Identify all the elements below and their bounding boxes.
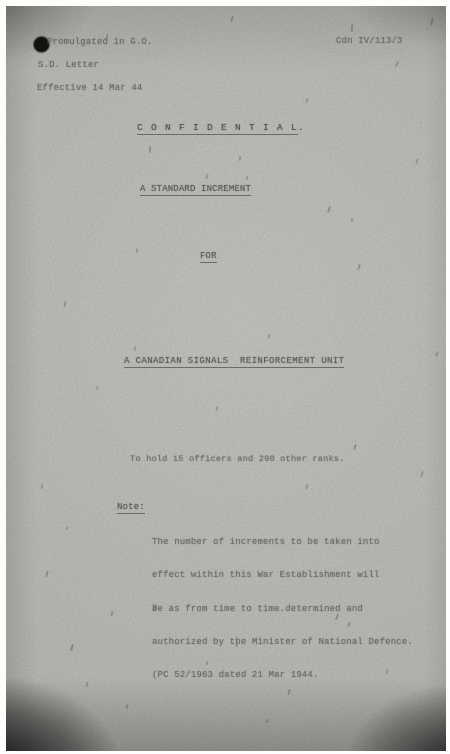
note-line: authorized by the Minister of National D… — [152, 637, 413, 648]
note-label: Note: — [117, 502, 145, 513]
establishment-reference: Cdn IV/113/3 — [336, 36, 403, 47]
note-line: (PC 52/1963 dated 21 Mar 1944. — [152, 670, 413, 681]
note-body: The number of increments to be taken int… — [152, 515, 413, 703]
classification-heading: C O N F I D E N T I A L. — [137, 122, 305, 133]
effective-date-line: Effective 14 Mar 44 — [37, 83, 142, 94]
sd-letter-line: S.D. Letter — [38, 60, 99, 71]
note-line: effect within this War Establishment wil… — [152, 570, 413, 581]
classification-text: C O N F I D E N T I A L — [137, 122, 298, 135]
for-label: FOR — [200, 251, 217, 262]
paper-scan: Promulgated in G.O. S.D. Letter Effectiv… — [6, 6, 446, 751]
document-title: A STANDARD INCREMENT — [140, 184, 251, 195]
note-line: The number of increments to be taken int… — [152, 537, 413, 548]
note-line: be as from time to time.determined and — [152, 604, 413, 615]
strength-line: To hold 15 officers and 290 other ranks. — [130, 454, 345, 465]
classification-period: . — [298, 122, 305, 133]
document-subtitle: A CANADIAN SIGNALS REINFORCEMENT UNIT — [124, 356, 344, 367]
promulgated-line: Promulgated in G.O. — [47, 37, 152, 48]
scanned-document-page: Promulgated in G.O. S.D. Letter Effectiv… — [0, 0, 450, 754]
